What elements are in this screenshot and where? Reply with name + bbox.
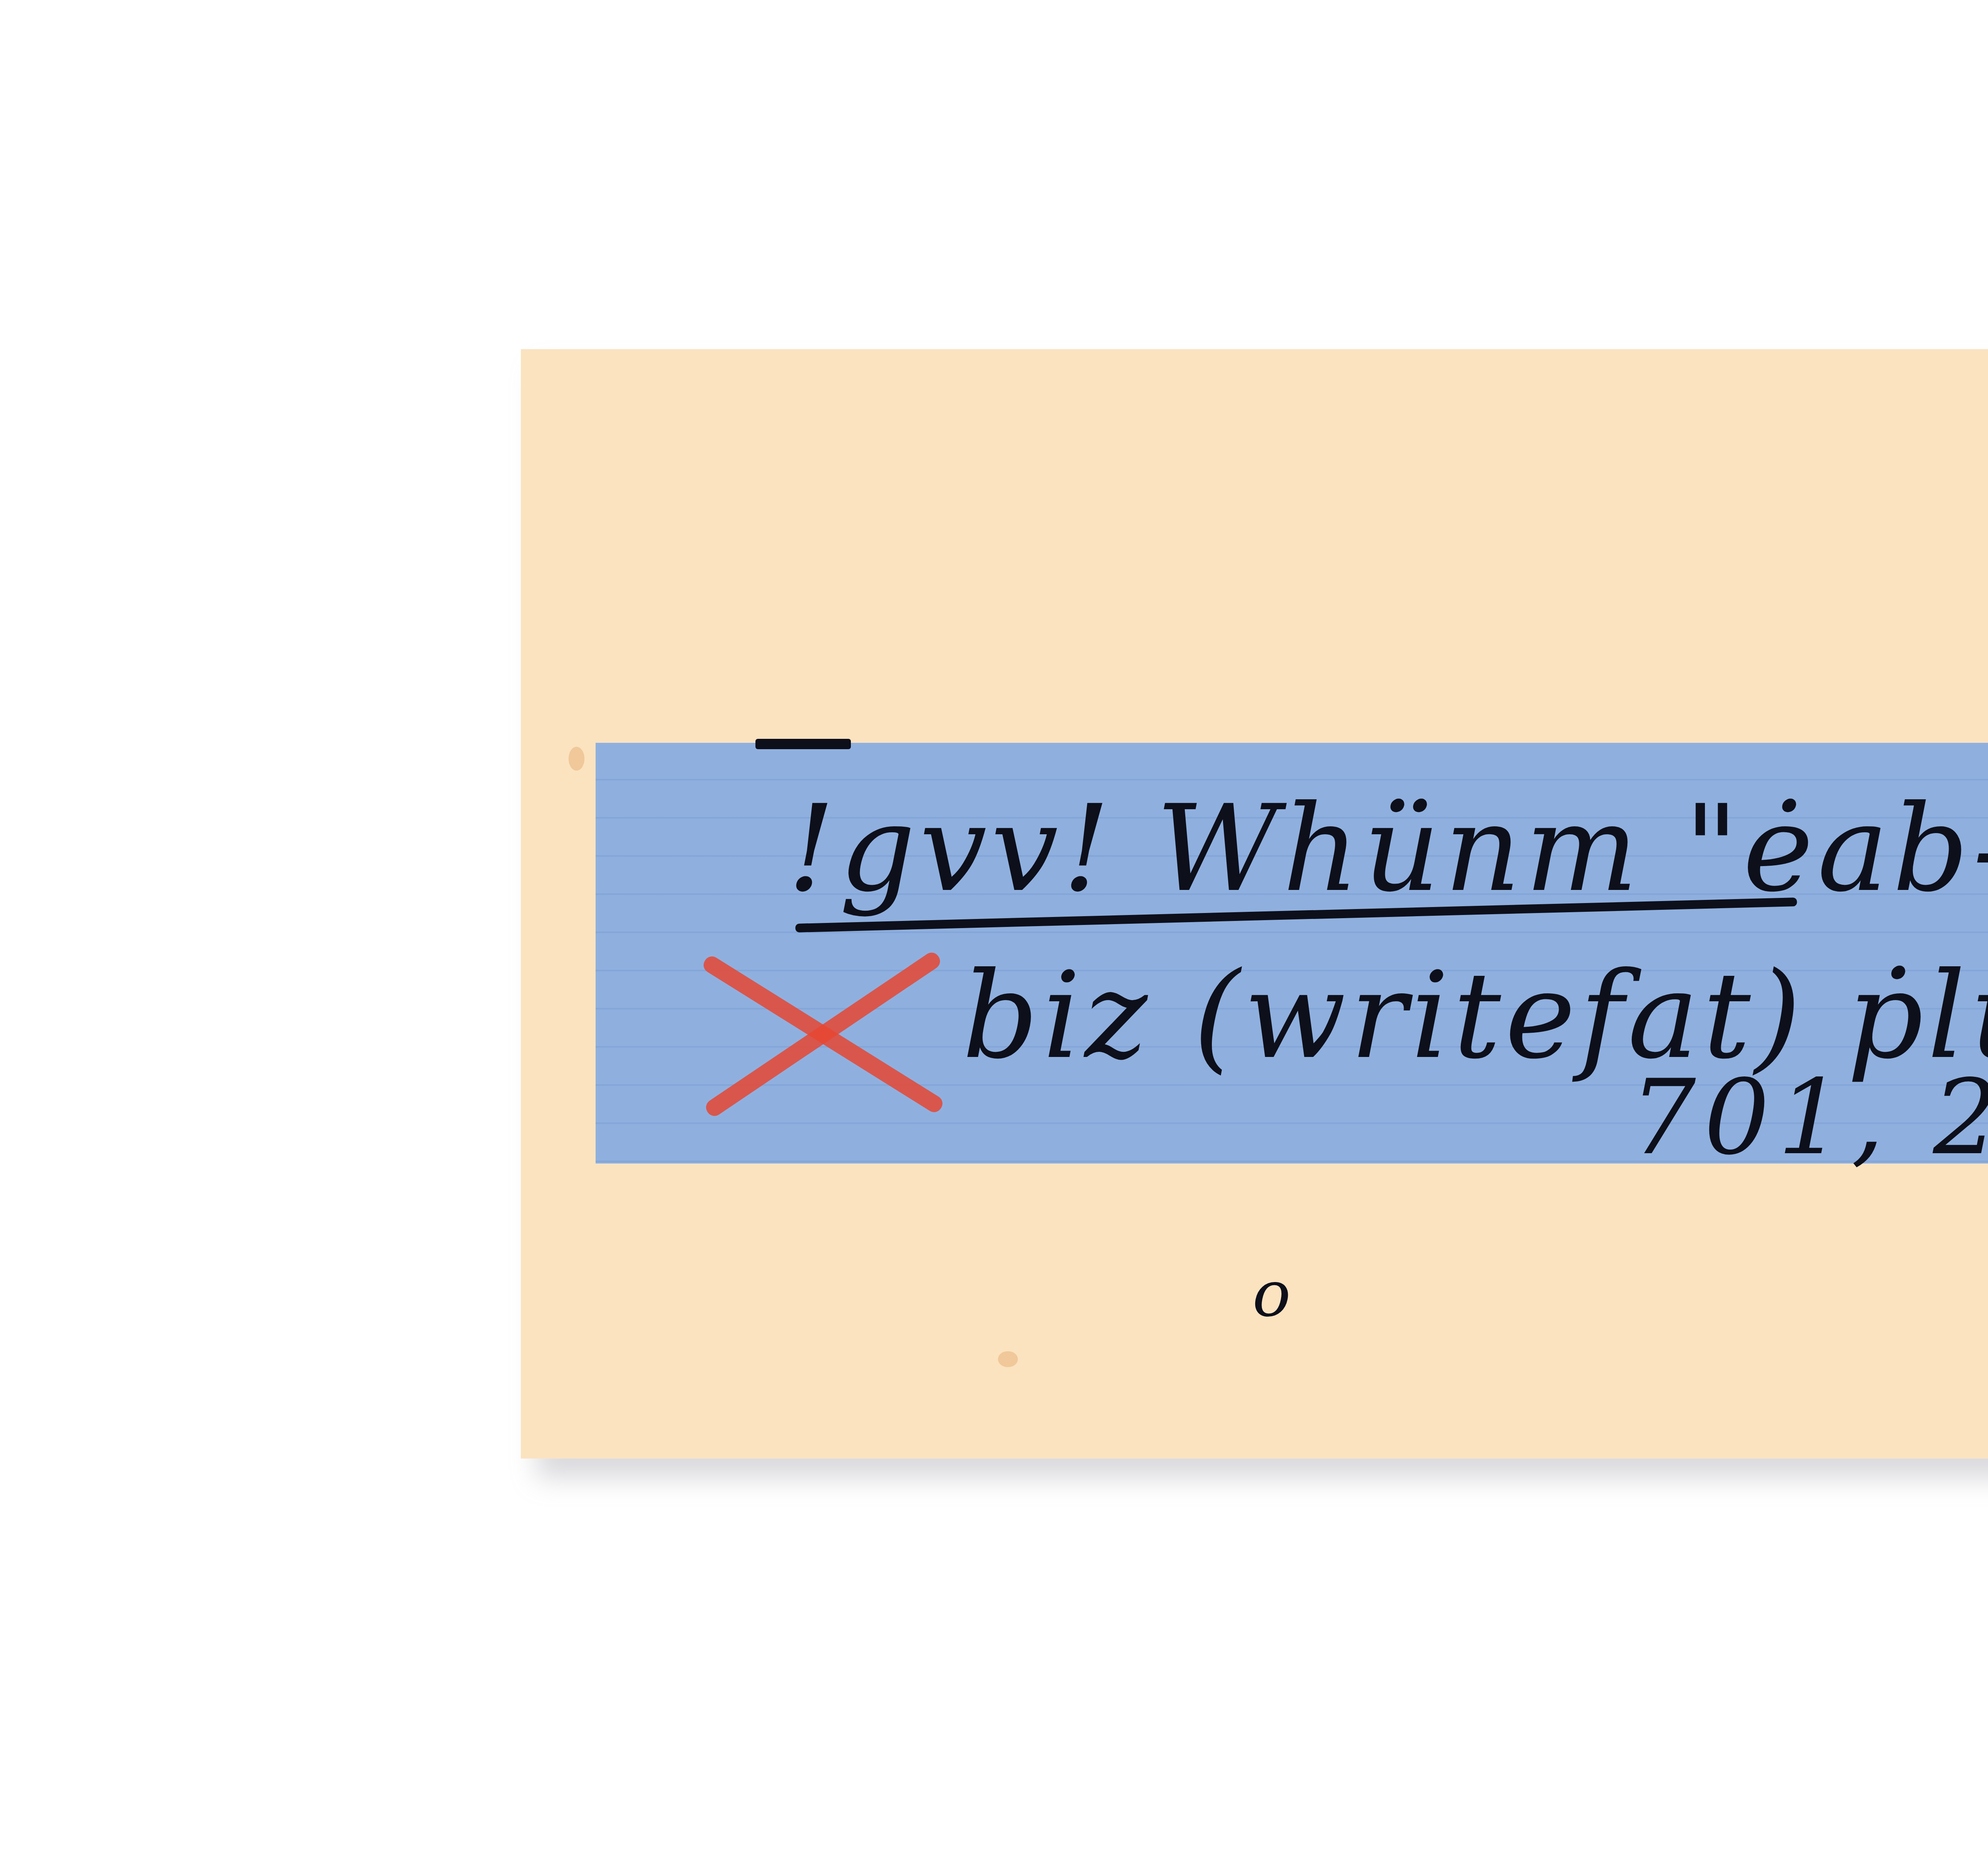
handwriting-line-1: !gvv! Whünm "ėab- xyxy=(787,779,1988,918)
red-x-mark-icon xyxy=(684,946,946,1117)
ink-mark xyxy=(755,739,851,749)
bottom-mark: o xyxy=(1252,1257,1291,1331)
stain xyxy=(998,1351,1018,1367)
stain xyxy=(569,747,584,771)
handwriting-line-3: 701, 21; xyxy=(1630,1058,1988,1178)
